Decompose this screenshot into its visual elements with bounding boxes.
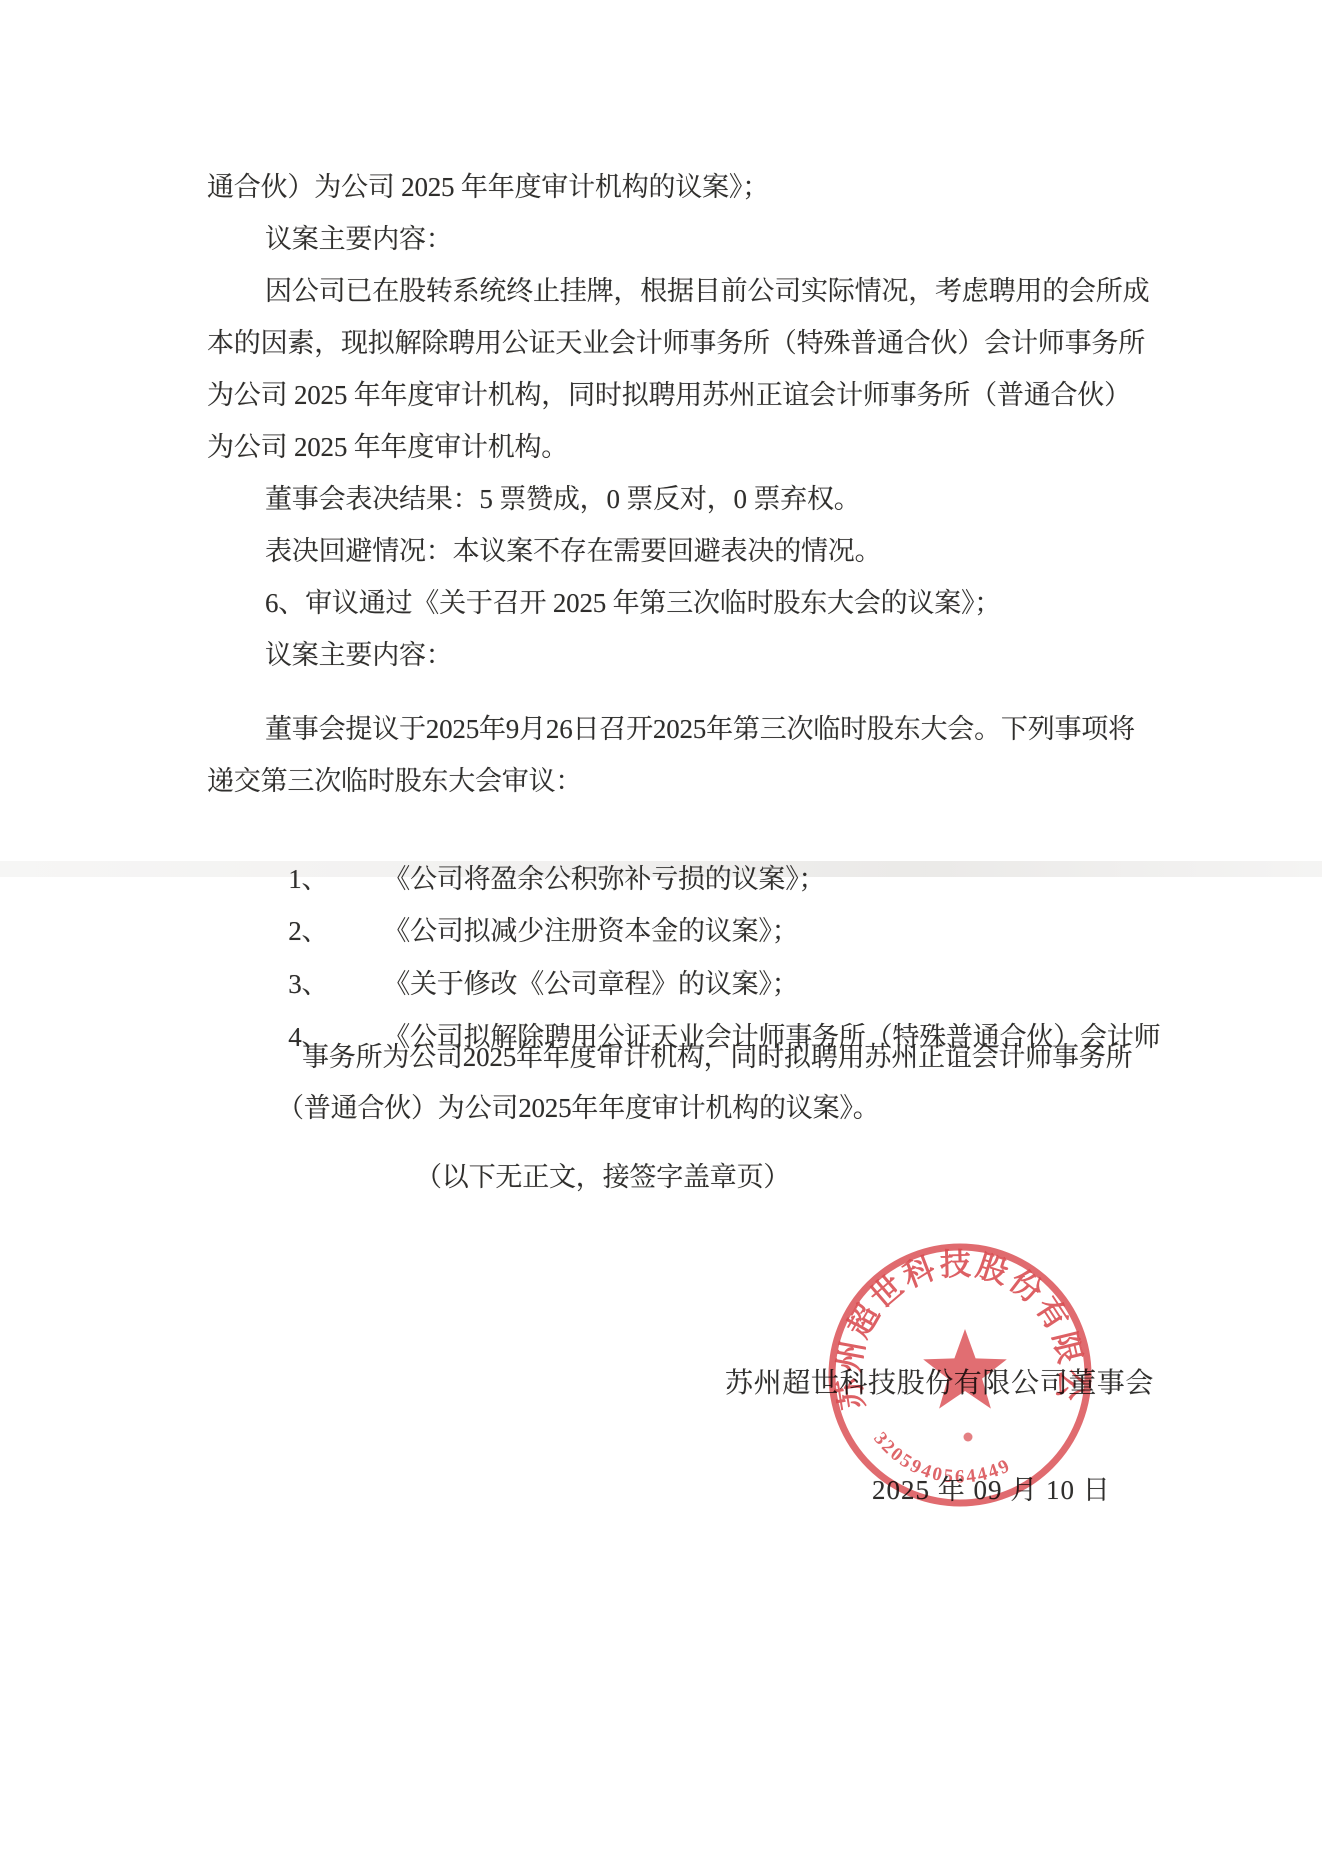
resolution-6-heading: 6、审议通过《关于召开 2025 年第三次临时股东大会的议案》； (265, 588, 1001, 619)
star-icon (923, 1329, 1007, 1409)
body-line: 议案主要内容： (265, 224, 453, 255)
body-line: 因公司已在股转系统终止挂牌，根据目前公司实际情况，考虑聘用的会所成 (265, 276, 1149, 307)
body-line: 递交第三次临时股东大会审议： (207, 766, 582, 797)
body-line: 董事会提议于2025年9月26日召开2025年第三次临时股东大会。下列事项将 (265, 714, 1135, 745)
body-line: 为公司 2025 年年度审计机构，同时拟聘用苏州正谊会计师事务所（普通合伙） (207, 380, 1131, 411)
closing-note: （以下无正文，接签字盖章页） (415, 1162, 790, 1193)
company-seal-stamp: 苏州超世科技股份有限公司 3205940564449 (823, 1238, 1097, 1512)
scanned-document-page: 通合伙）为公司 2025 年年度审计机构的议案》； 议案主要内容： 因公司已在股… (0, 0, 1322, 1869)
list-item-continuation: （普通合伙）为公司2025年年度审计机构的议案》。 (277, 1093, 880, 1124)
vote-result-line: 董事会表决结果：5 票赞成，0 票反对，0 票弃权。 (265, 484, 861, 515)
list-item-continuation: 事务所为公司2025年年度审计机构，同时拟聘用苏州正谊会计师事务所 (302, 1042, 1132, 1073)
body-line: 为公司 2025 年年度审计机构。 (207, 432, 568, 463)
body-line: 本的因素，现拟解除聘用公证天业会计师事务所（特殊普通合伙）会计师事务所 (207, 328, 1145, 359)
body-line: 议案主要内容： (265, 640, 453, 671)
body-line: 通合伙）为公司 2025 年年度审计机构的议案》； (207, 172, 769, 203)
abstention-line: 表决回避情况：本议案不存在需要回避表决的情况。 (265, 536, 881, 567)
seal-dot (964, 1433, 973, 1442)
